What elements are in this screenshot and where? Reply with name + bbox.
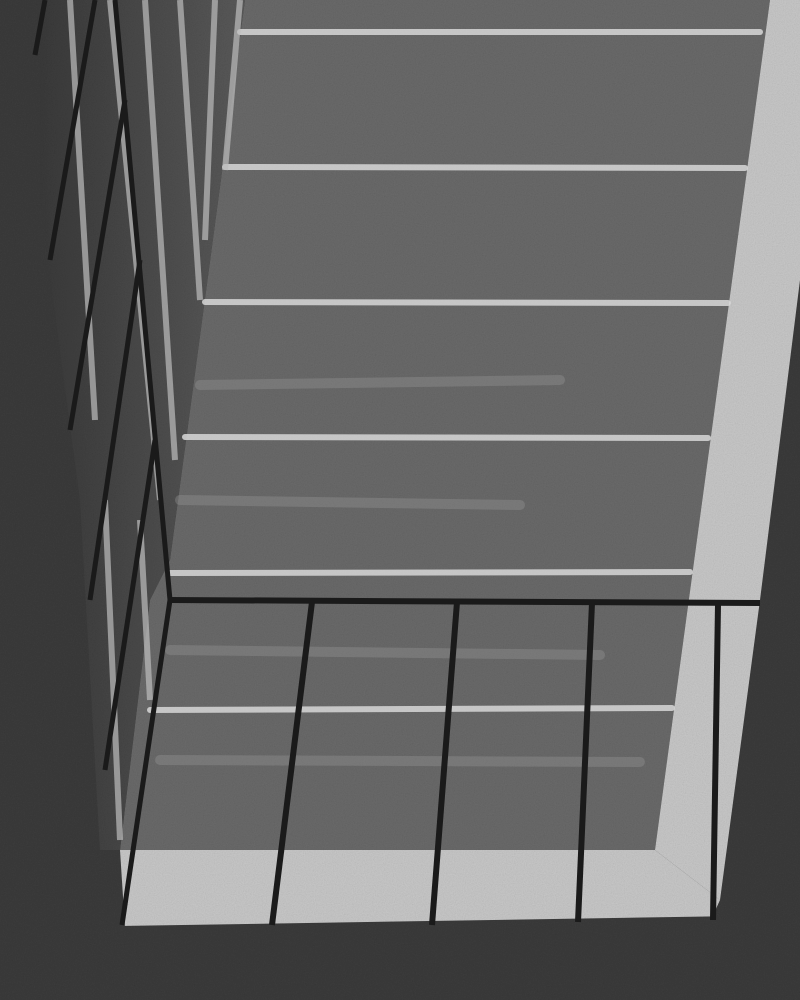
drawing-canvas [0, 0, 800, 1000]
landing-shadow [0, 915, 800, 1000]
stairwell-drawing [0, 0, 800, 1000]
handrail [168, 600, 760, 603]
landing-floor [120, 850, 720, 928]
